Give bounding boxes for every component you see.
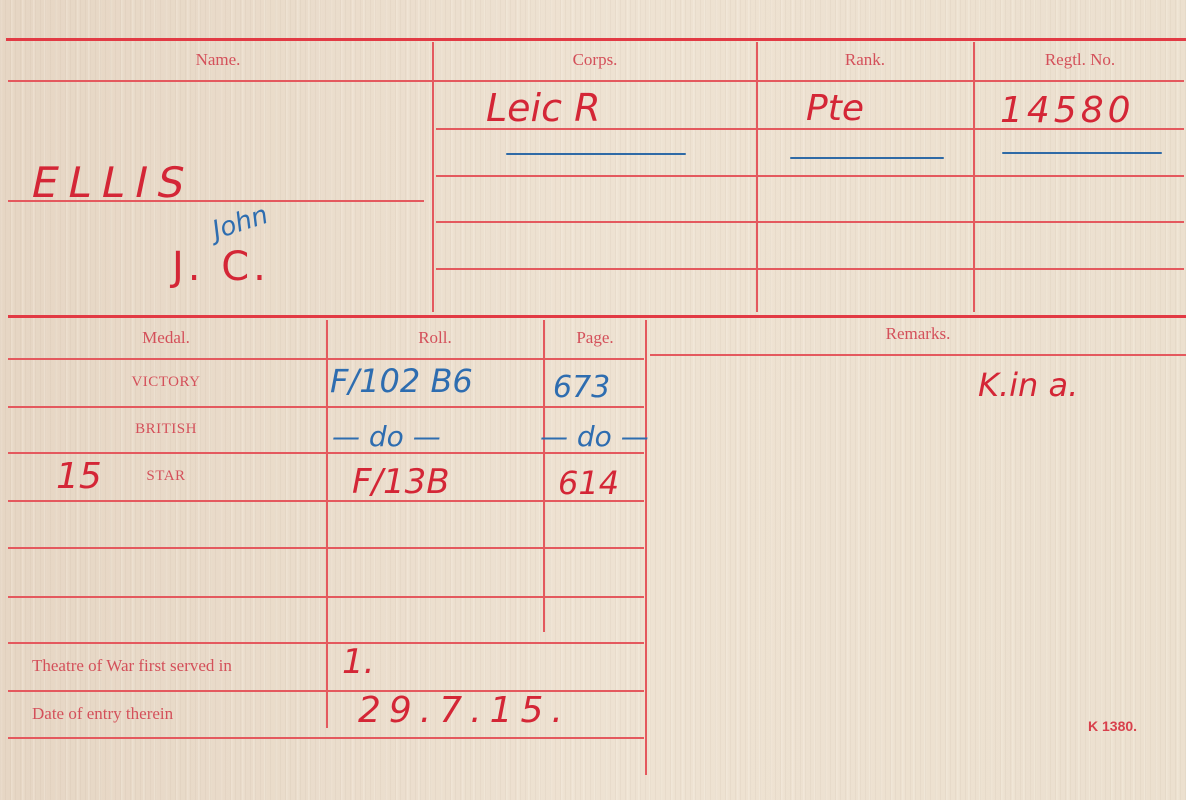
- initials: J. C.: [172, 244, 270, 290]
- corps-ditto-mark: [506, 153, 686, 155]
- grid-line: [436, 221, 1184, 223]
- divider-rank-regt: [973, 42, 975, 312]
- grid-line: [8, 547, 644, 549]
- grid-line: [8, 737, 644, 739]
- top-border-rule: [6, 38, 1186, 41]
- form-reference: K 1380.: [1088, 718, 1137, 734]
- rank-ditto-mark: [790, 157, 944, 159]
- date-entry-value: 29.7.15.: [358, 690, 571, 731]
- page-header: Page.: [545, 328, 645, 348]
- star-page: 614: [558, 464, 619, 502]
- remarks-value: K.in a.: [978, 366, 1078, 404]
- medal-header: Medal.: [8, 328, 324, 348]
- first-name-annotation: John: [209, 200, 272, 246]
- date-entry-label: Date of entry therein: [32, 704, 173, 724]
- grid-line: [8, 500, 644, 502]
- remarks-header-underline: [650, 354, 1186, 356]
- divider-roll-page: [543, 320, 545, 632]
- medal-victory: Victory: [8, 374, 324, 391]
- british-roll: — do —: [332, 420, 441, 453]
- divider-corps-rank: [756, 42, 758, 312]
- middle-border-rule: [8, 315, 1186, 318]
- regt-no-header: Regtl. No.: [975, 50, 1185, 70]
- theatre-label: Theatre of War first served in: [32, 656, 232, 676]
- british-page: — do —: [540, 420, 649, 453]
- grid-line: [436, 175, 1184, 177]
- grid-line: [436, 268, 1184, 270]
- medal-british: British: [8, 421, 324, 438]
- corps-header: Corps.: [436, 50, 754, 70]
- theatre-value: 1.: [342, 642, 374, 682]
- remarks-header: Remarks.: [650, 324, 1186, 344]
- rank-header: Rank.: [758, 50, 972, 70]
- divider-medal-roll: [326, 320, 328, 728]
- rank-value: Pte: [806, 88, 864, 129]
- roll-header: Roll.: [328, 328, 542, 348]
- star-roll: F/13B: [352, 462, 450, 502]
- star-prefix: 15: [56, 456, 102, 497]
- victory-page: 673: [553, 370, 610, 405]
- divider-name-corps: [432, 42, 434, 312]
- corps-value: Leic R: [486, 86, 600, 130]
- header-underline: [8, 80, 1184, 82]
- grid-line: [8, 406, 644, 408]
- surname: ELLIS: [27, 158, 200, 207]
- grid-line: [8, 596, 644, 598]
- grid-line: [8, 642, 644, 644]
- name-header: Name.: [8, 50, 428, 70]
- regt-ditto-mark: [1002, 152, 1162, 154]
- regt-no-value: 14580: [1000, 90, 1135, 131]
- medal-header-underline: [8, 358, 644, 360]
- victory-roll: F/102 B6: [330, 362, 473, 400]
- divider-page-remarks: [645, 320, 647, 775]
